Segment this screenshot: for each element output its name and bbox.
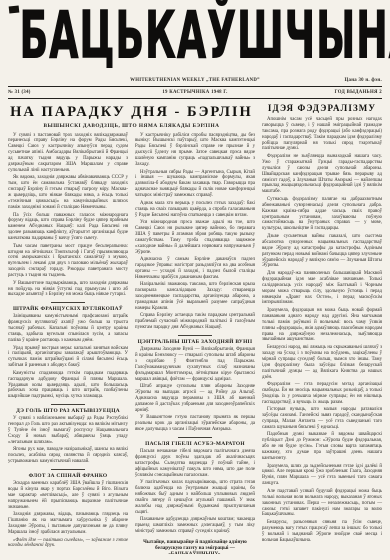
body-paragraph: Уся міжнародная прэса зважае адылі на то… bbox=[135, 220, 255, 255]
article-de-gaulle: ДЭ ГОЛЬ ШТО РАЗ АКТЫВІЗУЕЦЦА У сувязі з … bbox=[8, 402, 128, 467]
masthead: БАЦЬКАЎШЧЫНА bbox=[0, 0, 390, 70]
body-paragraph: Па ўсіх больш паважных галасох міжнародн… bbox=[8, 213, 128, 243]
body-paragraph: Нэўтральныя сябры Рады — Аргентына, Сыры… bbox=[135, 170, 255, 200]
body-paragraph: Пасьля нечаканае гібелі вядомага палітыч… bbox=[135, 449, 255, 479]
body-paragraph: Беларускі народ, які ляжыць на скрыжаван… bbox=[262, 345, 382, 380]
body-paragraph: У палітычных колах падчырківаюць, што ст… bbox=[135, 480, 255, 515]
article-title: ФЛОТ ЗА СПІНАЙ ФРАНКО bbox=[8, 469, 128, 479]
body-paragraph: Пахаваньне адбудзецца дзяржаўным коштам;… bbox=[135, 517, 255, 535]
lead-subheadline: ВЫШЫНСКІ ДАВОДЗІЦЬ, ШТО НЯМА БЛЯКАДЫ БЭР… bbox=[8, 123, 255, 130]
article-title: ПАСЬЛЯ ГІБЕЛІ АСУБЭ-МАРАТОН bbox=[135, 437, 255, 447]
body-paragraph: У Вашынгтоне гэтую пастанову прынята як … bbox=[135, 415, 255, 433]
body-paragraph: Дзяржавы Заходняе Вуніі — Вялікабрытанія… bbox=[135, 347, 255, 382]
article-body: Дзяржавы Заходняе Вуніі — Вялікабрытанія… bbox=[135, 347, 255, 433]
issue-number: № 31 (34) bbox=[8, 89, 98, 96]
body-paragraph: Фэдэралізм — гэта перадусім мэтад аргані… bbox=[262, 382, 382, 406]
column-middle: У кастрычніку рабіліся спробы пасярэдніц… bbox=[135, 133, 255, 554]
issue-date: 19 КАСТРЫЧНІКА 1948 Г. bbox=[98, 89, 292, 96]
edition-year: ГОД ВЫДАНЬНЯ 2 bbox=[292, 89, 382, 96]
federalism-article-body: Апошнім часам усё часьцей пры розных наг… bbox=[262, 117, 382, 545]
article-body: Эскадра ваенных караблёў ЗША ўвайшла ў г… bbox=[8, 481, 128, 536]
lead-columns: У сувязі з пастановай трох заходніх вялі… bbox=[8, 133, 255, 554]
column-right: ІДЭЯ ФЭДЭРАЛІЗМУ Апошнім часам усё часьц… bbox=[262, 102, 382, 554]
body-paragraph: Справа Бэрліну астаецца такім парадкам ц… bbox=[135, 313, 255, 331]
article-fleet-franco: ФЛОТ ЗА СПІНАЙ ФРАНКО Эскадра ваенных ка… bbox=[8, 467, 128, 550]
body-paragraph: Падобныя думкі выказвае й вядомы швайцар… bbox=[262, 432, 382, 462]
lead-text-left: У сувязі з пастановай трох заходніх вялі… bbox=[8, 133, 128, 300]
lead-headline: НА ПАРАДКУ ДНЯ - БЭРЛІН bbox=[8, 105, 255, 121]
lead-text-middle: У кастрычніку рабіліся спробы пасярэдніц… bbox=[135, 133, 255, 333]
article-title: ШТРАЙК ФРАНЦУСКІХ ВУГЛЯКОПАЎ bbox=[8, 302, 128, 312]
body-paragraph: Заходнія дзяржавы, відаць, пачынаюць гля… bbox=[8, 512, 128, 536]
body-paragraph: У Вашынгтоне падчырківаюць, што заходнія… bbox=[8, 281, 128, 299]
lead-area: НА ПАРАДКУ ДНЯ - БЭРЛІН ВЫШЫНСКІ ДАВОДЗІ… bbox=[8, 102, 255, 554]
article-closing-note: «Флёт ідзе — палітыка сьледам», — заўваж… bbox=[8, 538, 128, 550]
article-after-death: ПАСЬЛЯ ГІБЕЛІ АСУБЭ-МАРАТОН Пасьля нечак… bbox=[135, 435, 255, 537]
article-body: У сувязі з набліжэньнем выбараў да Рады … bbox=[8, 416, 128, 465]
body-paragraph: Штаб апрацуе супольны плян абароны Заход… bbox=[135, 384, 255, 414]
newspaper-title: БАЦЬКАЎШЧЫНА bbox=[20, 0, 371, 85]
article-title: ДЭ ГОЛЬ ШТО РАЗ АКТЫВІЗУЕЦЦА bbox=[8, 404, 128, 414]
article-body: Заініцыяваны камуністычнымі прафсаюзамі … bbox=[8, 314, 128, 400]
page-content: НА ПАРАДКУ ДНЯ - БЭРЛІН ВЫШЫНСКІ ДАВОДЗІ… bbox=[0, 99, 390, 554]
body-paragraph: Ягоны рух мае, паводле назіральнікаў, ша… bbox=[8, 447, 128, 465]
body-paragraph: Назіральнікі зважаюць таксама, што бэрлі… bbox=[135, 282, 255, 312]
body-paragraph: У кастрычніку рабіліся спробы пасярэдніц… bbox=[135, 133, 255, 168]
body-paragraph: Фэдэралізм не зьяўляецца вынаходкай наша… bbox=[262, 154, 382, 195]
body-paragraph: Заініцыяваны камуністычнымі прафсаюзамі … bbox=[8, 314, 128, 344]
body-paragraph: Для народаў-жа паняволеных бальшавіцкай … bbox=[262, 271, 382, 306]
body-paragraph: Але падставай усякай будучай фэдэрацыі м… bbox=[262, 489, 382, 519]
body-paragraph: Урад прыняў вострыя меры: капальні занят… bbox=[8, 346, 128, 370]
article-western-union-hq: ЦЭНТРАЛЬНЫ ШТАБ ЗАХОДНЯЙ ВУНІІ Дзяржавы … bbox=[135, 333, 255, 435]
body-paragraph: Адначасна ў самым Бэрліне даканаўся падз… bbox=[135, 257, 255, 281]
meta-row-bottom: № 31 (34) 19 КАСТРЫЧНІКА 1948 Г. ГОД ВЫД… bbox=[8, 87, 382, 99]
body-paragraph: Зразумела, шлях да зьдзейсьненьня гэтае … bbox=[262, 464, 382, 488]
scan-artifact-mark bbox=[9, 5, 20, 13]
body-paragraph: Дзьве сусьветныя вайны паказалі, што сыс… bbox=[262, 234, 382, 269]
body-paragraph: Камуністы спадзяюцца гэткім парадкам пад… bbox=[8, 371, 128, 401]
body-paragraph: Зразумела, фэдэрацыя ня можа быць новай … bbox=[262, 308, 382, 343]
body-paragraph: У сувязі з набліжэньнем выбараў да Рады … bbox=[8, 416, 128, 446]
article-title: ЦЭНТРАЛЬНЫ ШТАБ ЗАХОДНЯЙ ВУНІІ bbox=[135, 335, 255, 345]
article-body: Пасьля нечаканае гібелі вядомага палітыч… bbox=[135, 449, 255, 535]
newspaper-front-page: БАЦЬКАЎШЧЫНА WHITERUTHENIAN WEEKLY „THE … bbox=[0, 0, 390, 560]
body-paragraph: У сувязі з пастановай трох заходніх вялі… bbox=[8, 133, 128, 174]
column-left: У сувязі з пастановай трох заходніх вялі… bbox=[8, 133, 128, 554]
subscription-appeal: Чытайце, пашырайце й падпісвайце адзіную… bbox=[135, 537, 255, 554]
article-miners-strike: ШТРАЙК ФРАНЦУСКІХ ВУГЛЯКОПАЎ Заініцыяван… bbox=[8, 300, 128, 402]
federalism-article-title: ІДЭЯ ФЭДЭРАЛІЗМУ bbox=[262, 104, 382, 114]
body-paragraph: Як вядома, заходнія дзяржавы абвінавачва… bbox=[8, 175, 128, 210]
body-paragraph: Аднак мала хто верыць у посьпех гэтых за… bbox=[135, 201, 255, 219]
body-paragraph: Эскадра ваенных караблёў ЗША ўвайшла ў г… bbox=[8, 481, 128, 511]
body-paragraph: Тым часам паветраны мост працуе бесьпера… bbox=[8, 244, 128, 279]
body-paragraph: Беларусы, разьсеяныя сяньня па ўсім сьве… bbox=[262, 520, 382, 544]
body-paragraph: Гісторыя вучыць, што малыя народы ратава… bbox=[262, 407, 382, 431]
body-paragraph: Апошнім часам усё часьцей пры розных наг… bbox=[262, 117, 382, 152]
body-paragraph: Сутнасьць фэдэралізму палягае на дабраах… bbox=[262, 197, 382, 232]
